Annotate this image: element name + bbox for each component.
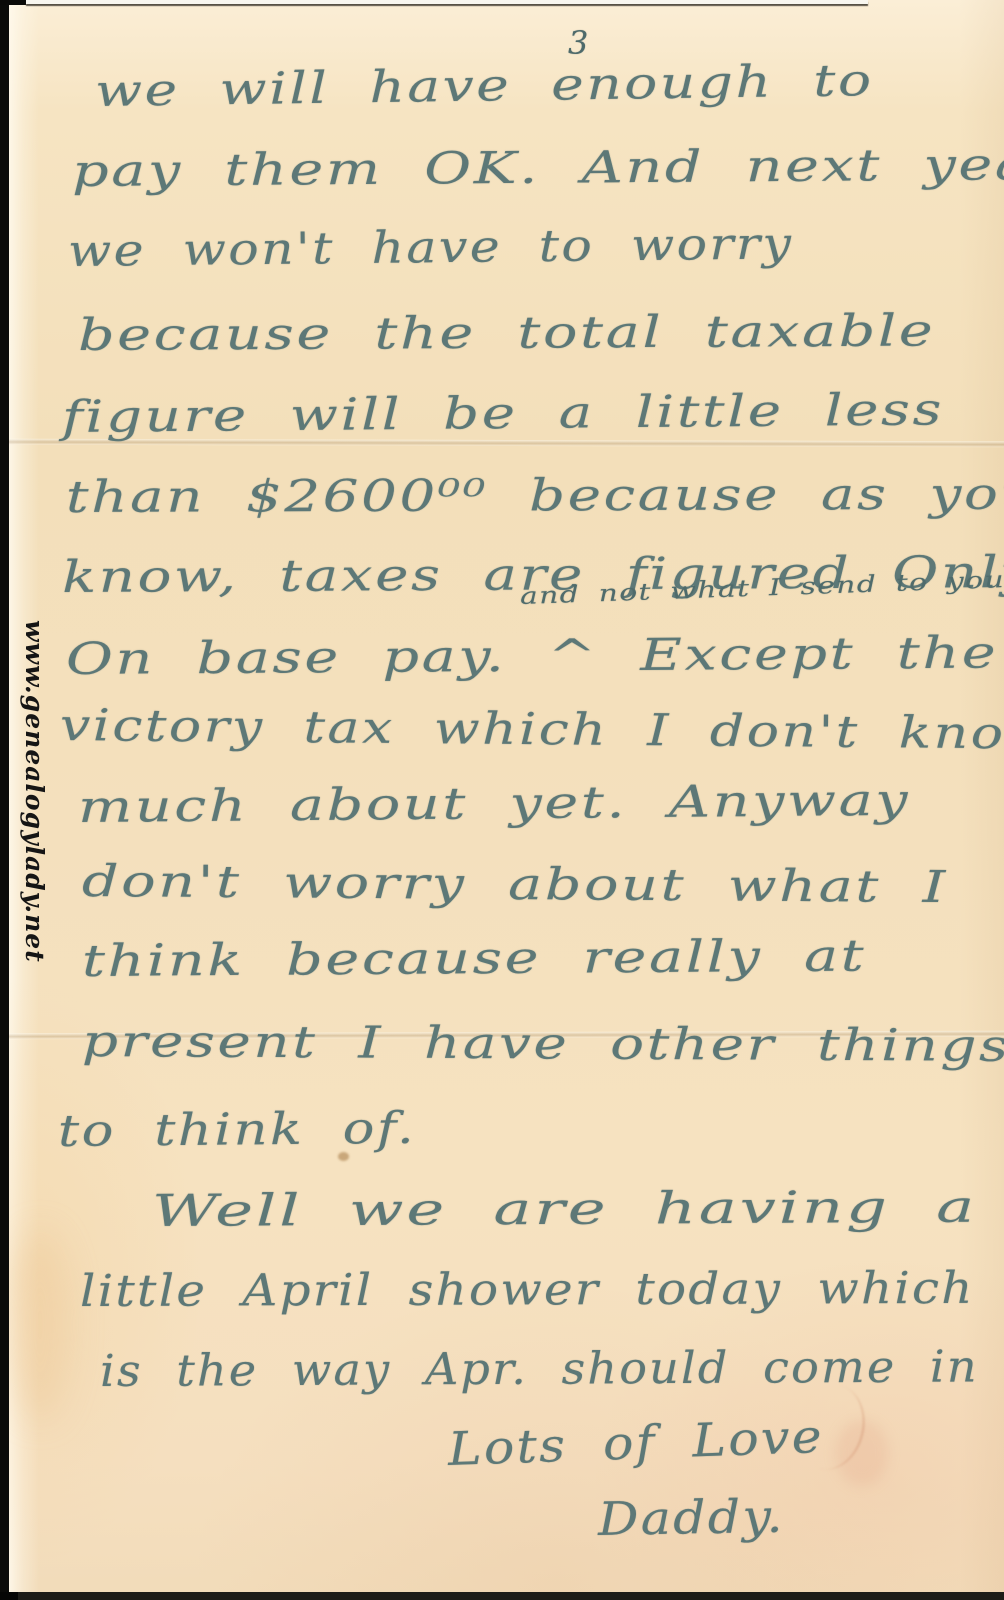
handwritten-line: On base pay. ^ Except the (66, 627, 999, 685)
handwritten-line: pay them OK. And next year (72, 139, 1004, 197)
watermark-text: www.genealogylady.net (19, 620, 49, 992)
handwritten-line: think because really at (82, 931, 867, 987)
scan-edge-top-strip (26, 0, 868, 4)
handwritten-line: we will have enough to (95, 55, 874, 117)
scanned-letter-page: 3 www.genealogylady.net we will have eno… (0, 0, 1004, 1600)
scan-edge-left (0, 0, 9, 1600)
page-number: 3 (568, 24, 588, 62)
handwritten-line: much about yet. Anyway (78, 775, 911, 833)
scan-edge-bottom (0, 1592, 1004, 1600)
handwritten-line: little April shower today which (80, 1263, 975, 1317)
handwritten-line: is the way Apr. should come in — (100, 1341, 1004, 1397)
handwritten-line: victory tax which I don't know (60, 700, 1004, 760)
scan-edge-top-notch (0, 0, 26, 5)
handwritten-line: because the total taxable (78, 306, 936, 361)
handwritten-line: than $2600⁰⁰ because as you (66, 469, 1004, 523)
handwritten-line: figure will be a little less (62, 384, 944, 443)
handwritten-line: to think of. (58, 1103, 417, 1157)
handwritten-line: present I have other things (82, 1016, 1004, 1072)
handwritten-line: Well we are having a (152, 1182, 977, 1237)
handwritten-line: don't worry about what I (82, 856, 948, 913)
handwritten-line: we won't have to worry (68, 218, 794, 277)
signature: Daddy. (598, 1489, 786, 1546)
